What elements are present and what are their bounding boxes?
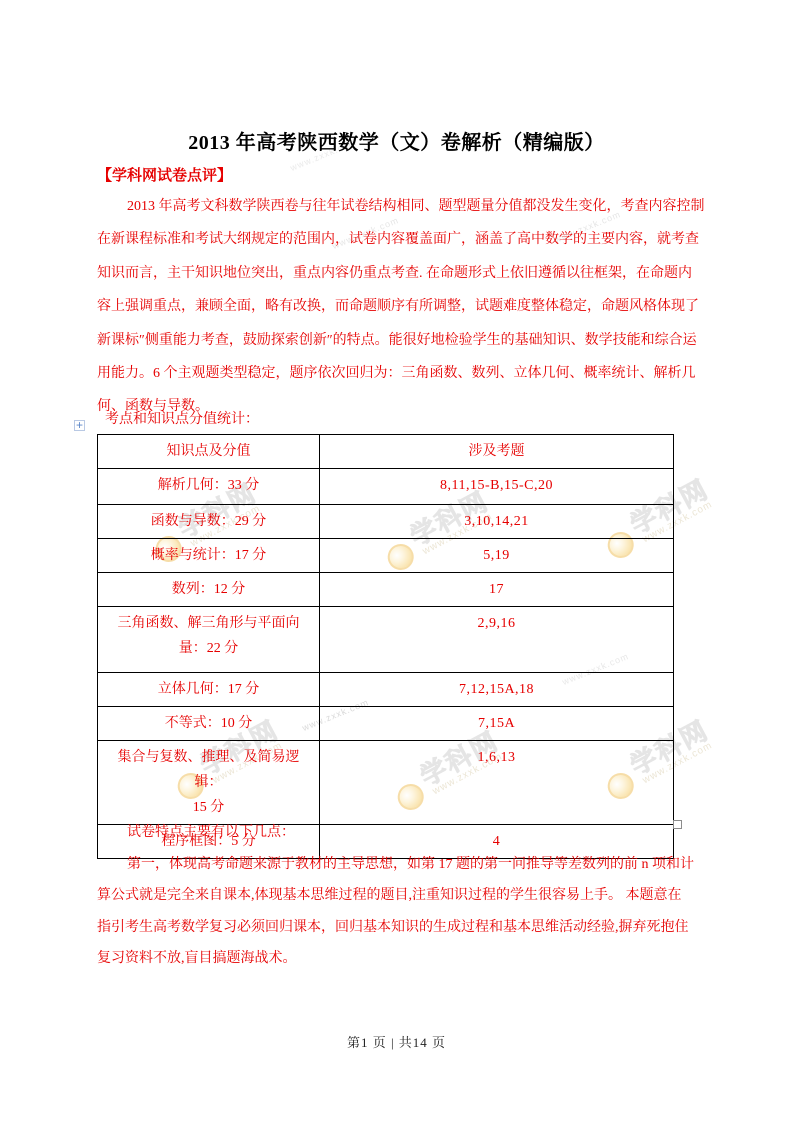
topic-cell: 解析几何：33 分 bbox=[98, 469, 320, 505]
table-row: 立体几何：17 分 7,12,15A,18 bbox=[98, 673, 674, 707]
table-row: 函数与导数：29 分 3,10,14,21 bbox=[98, 505, 674, 539]
paragraph-line: 第一，体现高考命题来源于教材的主导思想，如第 17 题的第一问推导等差数列的前 … bbox=[97, 849, 702, 881]
questions-cell: 2,9,16 bbox=[320, 607, 674, 673]
questions-cell: 8,11,15-B,15-C,20 bbox=[320, 469, 674, 505]
table-row: 不等式：10 分 7,15A bbox=[98, 707, 674, 741]
paragraph-line: 2013 年高考文科数学陕西卷与往年试卷结构相同、题型题量分值都没发生变化，考查… bbox=[97, 190, 702, 223]
features-paragraph: 试卷特点主要有以下几点： 第一，体现高考命题来源于教材的主导思想，如第 17 题… bbox=[97, 817, 702, 975]
topic-cell: 集合与复数、推理、及简易逻辑： 15 分 bbox=[98, 741, 320, 825]
page-title: 2013 年高考陕西数学（文）卷解析（精编版） bbox=[0, 126, 793, 155]
paragraph-line: 容上强调重点，兼顾全面，略有改换，而命题顺序有所调整，试题难度整体稳定，命题风格… bbox=[97, 290, 702, 323]
review-paragraph: 2013 年高考文科数学陕西卷与往年试卷结构相同、题型题量分值都没发生变化，考查… bbox=[97, 190, 702, 424]
topic-cell: 立体几何：17 分 bbox=[98, 673, 320, 707]
topic-cell: 函数与导数：29 分 bbox=[98, 505, 320, 539]
stats-table-caption: 考点和知识点分值统计： bbox=[105, 408, 259, 432]
paragraph-line: 复习资料不放,盲目搞题海战术。 bbox=[97, 943, 702, 975]
table-row: 概率与统计：17 分 5,19 bbox=[98, 539, 674, 573]
table-row: 数列：12 分 17 bbox=[98, 573, 674, 607]
questions-cell: 5,19 bbox=[320, 539, 674, 573]
questions-cell: 17 bbox=[320, 573, 674, 607]
paragraph-line: 新课标″侧重能力考查，鼓励探索创新″的特点。能很好地检验学生的基础知识、数学技能… bbox=[97, 324, 702, 357]
paragraph-line: 试卷特点主要有以下几点： bbox=[97, 817, 702, 849]
page-number-footer: 第1 页 | 共14 页 bbox=[0, 1032, 793, 1051]
column-header-questions: 涉及考题 bbox=[320, 435, 674, 469]
topic-cell: 概率与统计：17 分 bbox=[98, 539, 320, 573]
paragraph-line: 指引考生高考数学复习必须回归课本，回归基本知识的生成过程和基本思维活动经验,摒弃… bbox=[97, 912, 702, 944]
questions-cell: 3,10,14,21 bbox=[320, 505, 674, 539]
review-section-heading: 【学科网试卷点评】 bbox=[97, 164, 232, 185]
paragraph-line: 用能力。6 个主观题类型稳定，题序依次回归为：三角函数、数列、立体几何、概率统计… bbox=[97, 357, 702, 390]
score-distribution-table: 知识点及分值 涉及考题 解析几何：33 分 8,11,15-B,15-C,20 … bbox=[97, 434, 674, 859]
table-row: 三角函数、解三角形与平面向 量：22 分 2,9,16 bbox=[98, 607, 674, 673]
paragraph-line: 算公式就是完全来自课本,体现基本思维过程的题目,注重知识过程的学生很容易上手。 … bbox=[97, 880, 702, 912]
object-anchor-icon: + bbox=[74, 420, 85, 431]
paragraph-line: 知识而言，主干知识地位突出，重点内容仍重点考查. 在命题形式上依旧遵循以往框架，… bbox=[97, 257, 702, 290]
document-page: 学科网 www.zxxk.com 学科网 www.zxxk.com 学科网 ww… bbox=[0, 0, 793, 1122]
table-row: 集合与复数、推理、及简易逻辑： 15 分 1,6,13 bbox=[98, 741, 674, 825]
topic-cell: 三角函数、解三角形与平面向 量：22 分 bbox=[98, 607, 320, 673]
table-header-row: 知识点及分值 涉及考题 bbox=[98, 435, 674, 469]
column-header-topic: 知识点及分值 bbox=[98, 435, 320, 469]
paragraph-line: 在新课程标准和考试大纲规定的范围内，试卷内容覆盖面广，涵盖了高中数学的主要内容，… bbox=[97, 223, 702, 256]
topic-cell: 数列：12 分 bbox=[98, 573, 320, 607]
questions-cell: 7,12,15A,18 bbox=[320, 673, 674, 707]
topic-cell: 不等式：10 分 bbox=[98, 707, 320, 741]
questions-cell: 7,15A bbox=[320, 707, 674, 741]
questions-cell: 1,6,13 bbox=[320, 741, 674, 825]
table-row: 解析几何：33 分 8,11,15-B,15-C,20 bbox=[98, 469, 674, 505]
